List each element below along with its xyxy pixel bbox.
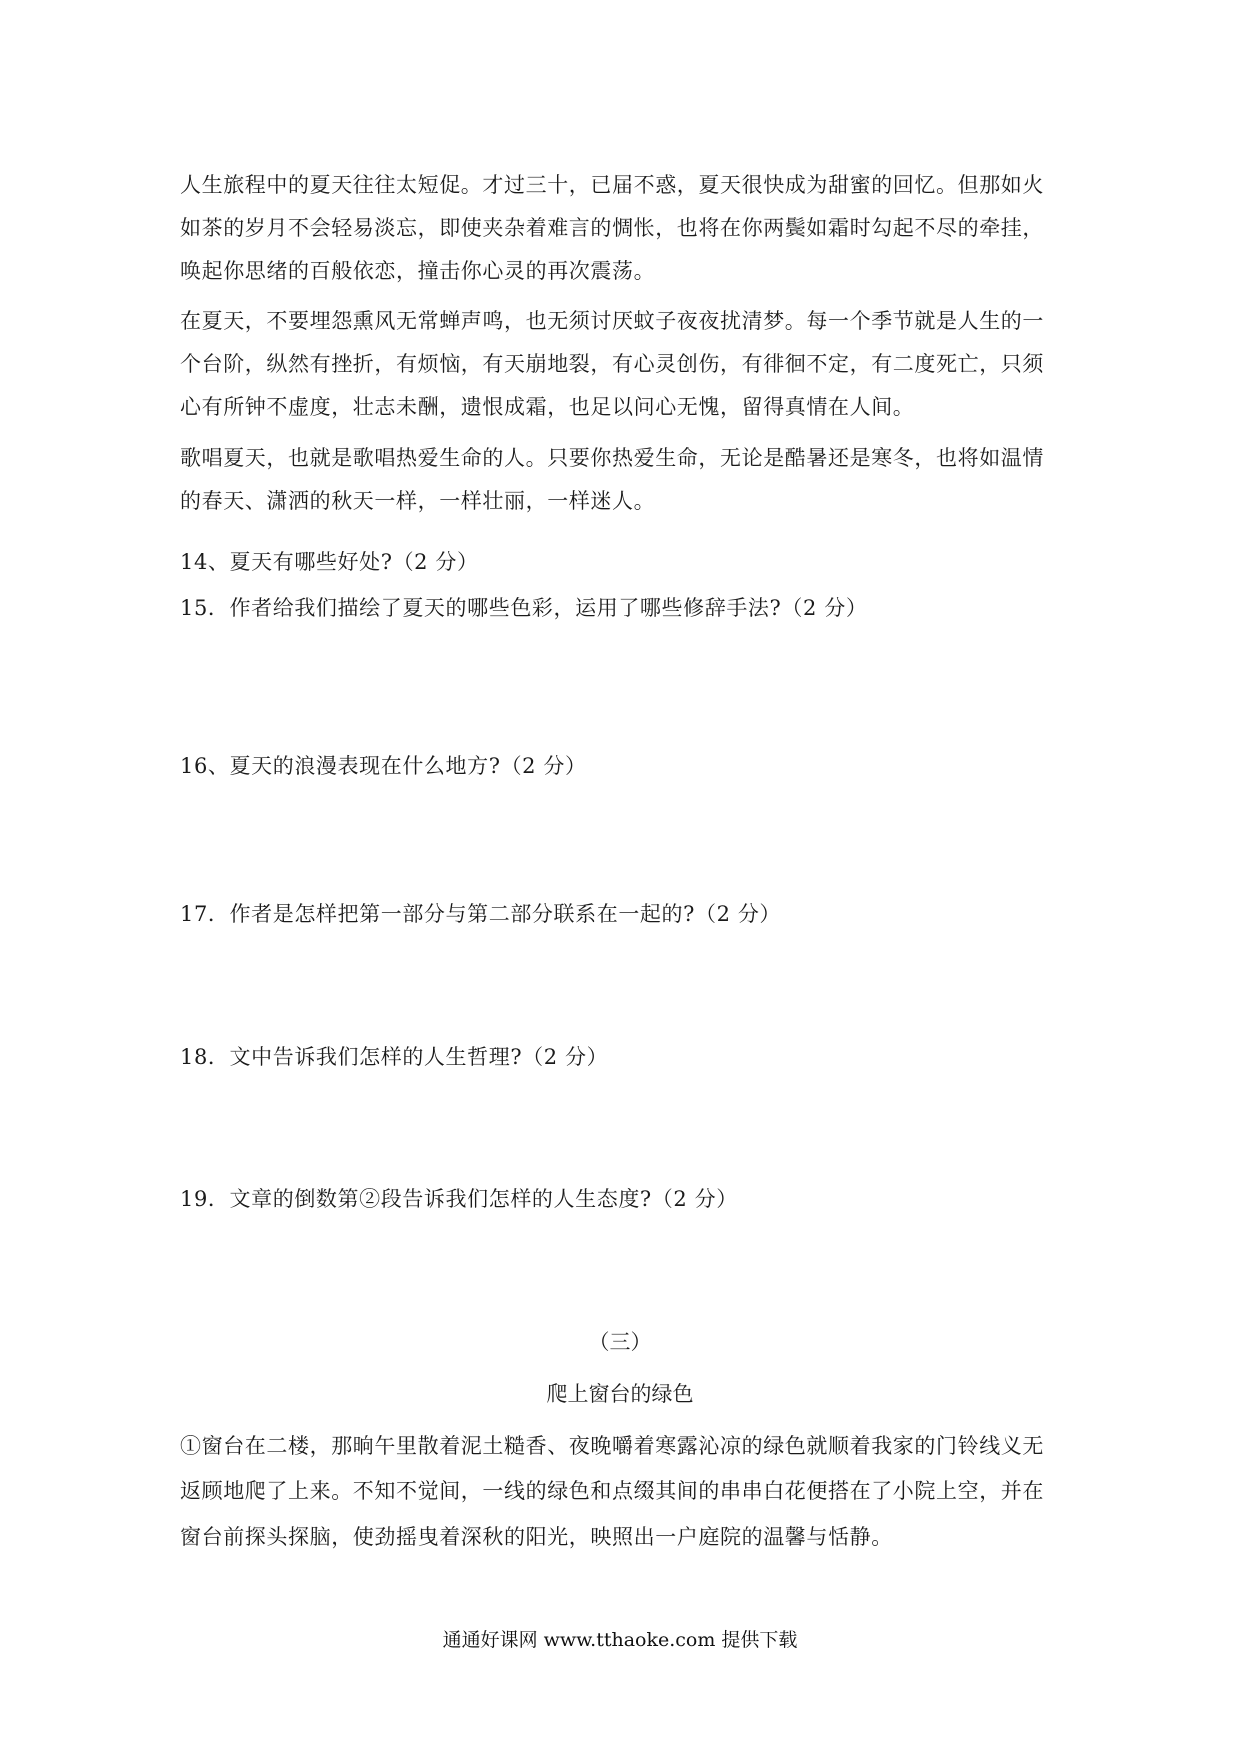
- page-footer: 通通好课网 www.tthaoke.com 提供下载: [0, 1628, 1240, 1652]
- question-17: 17．作者是怎样把第一部分与第二部分联系在一起的?（2 分）: [180, 900, 781, 928]
- passage-title: 爬上窗台的绿色: [0, 1380, 1240, 1408]
- question-15: 15．作者给我们描绘了夏天的哪些色彩，运用了哪些修辞手法?（2 分）: [180, 594, 867, 622]
- paragraph-line: 窗台前探头探脑，使劲摇曳着深秋的阳光，映照出一户庭院的温馨与恬静。: [180, 1523, 893, 1551]
- paragraph-line: 在夏天，不要埋怨熏风无常蝉声鸣，也无须讨厌蚊子夜夜扰清梦。每一个季节就是人生的一: [180, 307, 1044, 335]
- paragraph-line: 歌唱夏天，也就是歌唱热爱生命的人。只要你热爱生命，无论是酷暑还是寒冬，也将如温情: [180, 444, 1044, 472]
- document-page: 人生旅程中的夏天往往太短促。才过三十，已届不惑，夏天很快成为甜蜜的回忆。但那如火…: [0, 0, 1240, 1754]
- paragraph-line: 人生旅程中的夏天往往太短促。才过三十，已届不惑，夏天很快成为甜蜜的回忆。但那如火: [180, 171, 1044, 199]
- paragraph-line: 个台阶，纵然有挫折，有烦恼，有天崩地裂，有心灵创伤，有徘徊不定，有二度死亡，只须: [180, 350, 1044, 378]
- question-18: 18．文中告诉我们怎样的人生哲理?（2 分）: [180, 1043, 608, 1071]
- section-label: （三）: [0, 1328, 1240, 1356]
- paragraph-line: 的春天、潇洒的秋天一样，一样壮丽，一样迷人。: [180, 487, 655, 515]
- paragraph-line: 返顾地爬了上来。不知不觉间，一线的绿色和点缀其间的串串白花便搭在了小院上空，并在: [180, 1477, 1044, 1505]
- question-19: 19．文章的倒数第②段告诉我们怎样的人生态度?（2 分）: [180, 1185, 738, 1213]
- paragraph-line: 如茶的岁月不会轻易淡忘，即使夹杂着难言的惆怅，也将在你两鬓如霜时勾起不尽的牵挂，: [180, 214, 1044, 242]
- question-16: 16、夏天的浪漫表现在什么地方?（2 分）: [180, 752, 587, 780]
- question-14: 14、夏天有哪些好处?（2 分）: [180, 548, 479, 576]
- paragraph-line: ①窗台在二楼，那晌午里散着泥土糙香、夜晚嚼着寒露沁凉的绿色就顺着我家的门铃线义无: [180, 1432, 1044, 1460]
- paragraph-line: 心有所钟不虚度，壮志未酬，遗恨成霜，也足以问心无愧，留得真情在人间。: [180, 393, 914, 421]
- paragraph-line: 唤起你思绪的百般依恋，撞击你心灵的再次震荡。: [180, 257, 655, 285]
